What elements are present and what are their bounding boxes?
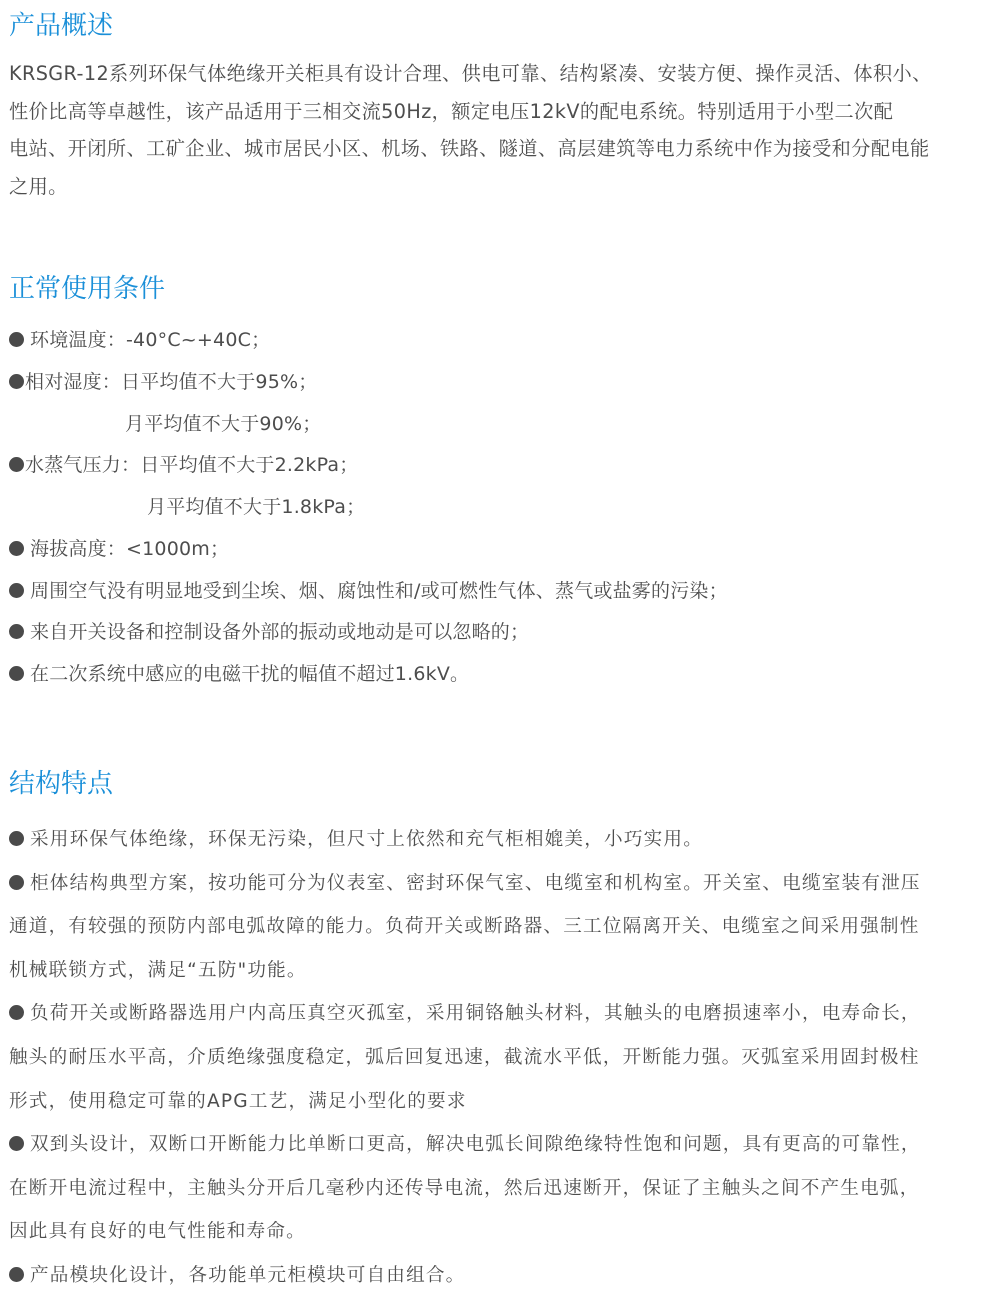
list-item: 相对湿度：日平均值不大于95%； bbox=[9, 362, 999, 404]
features-list: 采用环保气体绝缘，环保无污染，但尺寸上依然和充气柜相媲美，小巧实用。 柜体结构典… bbox=[9, 818, 999, 1296]
feature-text: 柜体结构典型方案，按功能可分为仪表室、密封环保气室、电缆室和机构室。开关室、电缆… bbox=[30, 873, 921, 894]
list-item: 环境温度：-40°C~+40C； bbox=[9, 320, 999, 362]
feature-line-continuation: 触头的耐压水平高，介质绝缘强度稳定，弧后回复迅速，截流水平低，开断能力强。灭弧室… bbox=[9, 1036, 999, 1080]
feature-line: 柜体结构典型方案，按功能可分为仪表室、密封环保气室、电缆室和机构室。开关室、电缆… bbox=[9, 862, 999, 906]
bullet-dot-icon bbox=[9, 1136, 24, 1151]
feature-line: 采用环保气体绝缘，环保无污染，但尺寸上依然和充气柜相媲美，小巧实用。 bbox=[9, 818, 999, 862]
bullet-dot-icon bbox=[9, 666, 24, 681]
bullet-dot-icon bbox=[9, 374, 24, 389]
feature-line: 双到头设计，双断口开断能力比单断口更高，解决电弧长间隙绝缘特性饱和问题，具有更高… bbox=[9, 1123, 999, 1167]
list-item-text: 水蒸气压力：日平均值不大于2.2kPa； bbox=[25, 454, 358, 476]
list-item-text: 在二次系统中感应的电磁干扰的幅值不超过1.6kV。 bbox=[30, 663, 469, 685]
feature-text: 通道，有较强的预防内部电弧故障的能力。负荷开关或断路器、三工位隔离开关、电缆室之… bbox=[9, 916, 920, 937]
list-item-text: 相对湿度：日平均值不大于95%； bbox=[25, 371, 317, 393]
bullet-dot-icon bbox=[9, 831, 24, 846]
feature-line-continuation: 通道，有较强的预防内部电弧故障的能力。负荷开关或断路器、三工位隔离开关、电缆室之… bbox=[9, 905, 999, 949]
section-title-conditions: 正常使用条件 bbox=[9, 274, 165, 304]
bullet-dot-icon bbox=[9, 541, 24, 556]
conditions-list: 环境温度：-40°C~+40C； 相对湿度：日平均值不大于95%； 月平均值不大… bbox=[9, 320, 999, 696]
list-item-text: 来自开关设备和控制设备外部的振动或地动是可以忽略的； bbox=[30, 621, 529, 643]
bullet-dot-icon bbox=[9, 332, 24, 347]
bullet-dot-icon bbox=[9, 875, 24, 890]
list-item-text: 海拔高度：<1000m； bbox=[30, 538, 229, 560]
list-item: 海拔高度：<1000m； bbox=[9, 529, 999, 571]
feature-text: 在断开电流过程中，主触头分开后几毫秒内还传导电流，然后迅速断开，保证了主触头之间… bbox=[9, 1178, 920, 1199]
overview-line: KRSGR-12系列环保气体绝缘开关柜具有设计合理、供电可靠、结构紧凑、安装方便… bbox=[9, 55, 999, 93]
section-title-features: 结构特点 bbox=[9, 769, 113, 799]
feature-line-continuation: 在断开电流过程中，主触头分开后几毫秒内还传导电流，然后迅速断开，保证了主触头之间… bbox=[9, 1167, 999, 1211]
feature-text: 触头的耐压水平高，介质绝缘强度稳定，弧后回复迅速，截流水平低，开断能力强。灭弧室… bbox=[9, 1047, 920, 1068]
bullet-dot-icon bbox=[9, 1005, 24, 1020]
feature-line-continuation: 机械联锁方式，满足“五防"功能。 bbox=[9, 949, 999, 993]
feature-text: 机械联锁方式，满足“五防"功能。 bbox=[9, 960, 307, 981]
feature-text: 形式，使用稳定可靠的APG工艺，满足小型化的要求 bbox=[9, 1091, 467, 1112]
list-item-text: 月平均值不大于1.8kPa； bbox=[147, 496, 365, 518]
feature-line: 产品模块化设计，各功能单元柜模块可自由组合。 bbox=[9, 1254, 999, 1296]
list-item-continuation: 月平均值不大于90%； bbox=[9, 404, 999, 446]
feature-line: 负荷开关或断路器选用户内高压真空灭孤室，采用铜铬触头材料，其触头的电磨损速率小，… bbox=[9, 992, 999, 1036]
bullet-dot-icon bbox=[9, 1267, 24, 1282]
overview-line: 电站、开闭所、工矿企业、城市居民小区、机场、铁路、隧道、高层建筑等电力系统中作为… bbox=[9, 130, 999, 168]
feature-text: 采用环保气体绝缘，环保无污染，但尺寸上依然和充气柜相媲美，小巧实用。 bbox=[30, 829, 703, 850]
feature-text: 产品模块化设计，各功能单元柜模块可自由组合。 bbox=[30, 1265, 465, 1286]
list-item-text: 环境温度：-40°C~+40C； bbox=[30, 329, 270, 351]
section-title-overview: 产品概述 bbox=[9, 11, 113, 41]
list-item: 来自开关设备和控制设备外部的振动或地动是可以忽略的； bbox=[9, 612, 999, 654]
list-item: 周围空气没有明显地受到尘埃、烟、腐蚀性和/或可燃性气体、蒸气或盐雾的污染； bbox=[9, 571, 999, 613]
bullet-dot-icon bbox=[9, 457, 24, 472]
list-item-text: 周围空气没有明显地受到尘埃、烟、腐蚀性和/或可燃性气体、蒸气或盐雾的污染； bbox=[30, 580, 728, 602]
overview-paragraph: KRSGR-12系列环保气体绝缘开关柜具有设计合理、供电可靠、结构紧凑、安装方便… bbox=[9, 55, 999, 205]
feature-line-continuation: 因此具有良好的电气性能和寿命。 bbox=[9, 1210, 999, 1254]
bullet-dot-icon bbox=[9, 583, 24, 598]
bullet-dot-icon bbox=[9, 624, 24, 639]
list-item: 水蒸气压力：日平均值不大于2.2kPa； bbox=[9, 445, 999, 487]
feature-text: 双到头设计，双断口开断能力比单断口更高，解决电弧长间隙绝缘特性饱和问题，具有更高… bbox=[30, 1134, 921, 1155]
overview-line: 之用。 bbox=[9, 168, 999, 206]
overview-line: 性价比高等卓越性，该产品适用于三相交流50Hz，额定电压12kV的配电系统。特别… bbox=[9, 93, 999, 131]
feature-line-continuation: 形式，使用稳定可靠的APG工艺，满足小型化的要求 bbox=[9, 1080, 999, 1124]
list-item-continuation: 月平均值不大于1.8kPa； bbox=[9, 487, 999, 529]
list-item: 在二次系统中感应的电磁干扰的幅值不超过1.6kV。 bbox=[9, 654, 999, 696]
list-item-text: 月平均值不大于90%； bbox=[125, 413, 321, 435]
feature-text: 因此具有良好的电气性能和寿命。 bbox=[9, 1221, 306, 1242]
feature-text: 负荷开关或断路器选用户内高压真空灭孤室，采用铜铬触头材料，其触头的电磨损速率小，… bbox=[30, 1003, 921, 1024]
